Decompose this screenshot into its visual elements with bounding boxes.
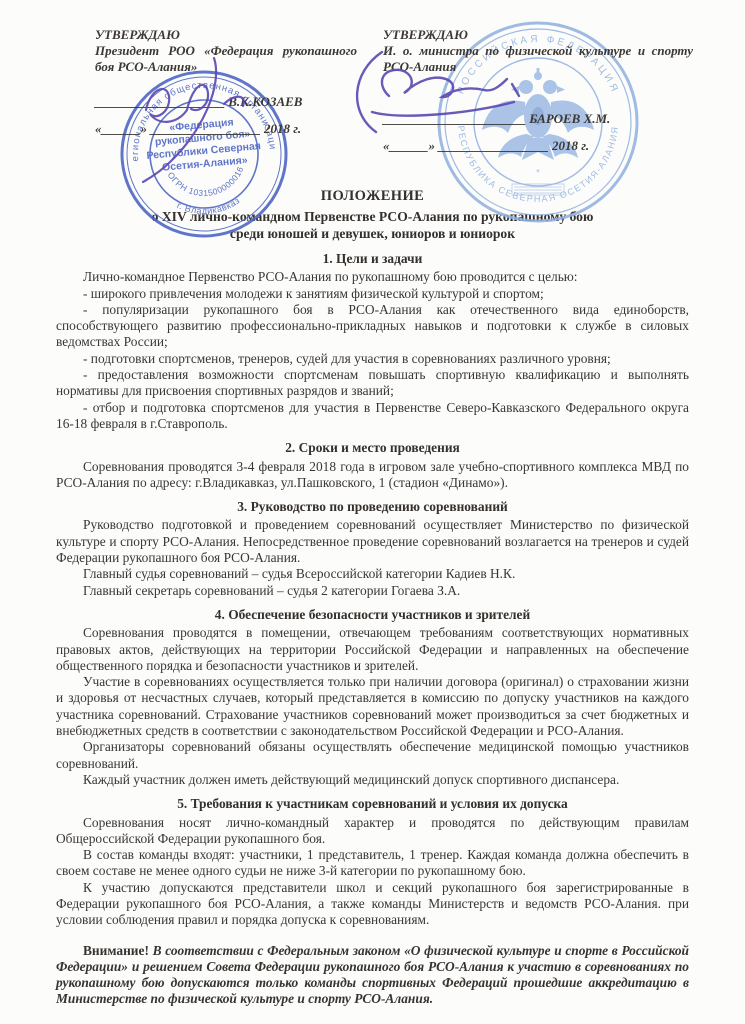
document-section: 1. Цели и задачиЛично-командное Первенст… — [56, 251, 689, 432]
date-line: «______» _________________ 2018 г. — [95, 121, 357, 137]
section-heading: 4. Обеспечение безопасности участников и… — [56, 607, 689, 623]
approver-role: Президент РОО «Федерация рукопашного боя… — [95, 43, 357, 75]
paragraph: Участие в соревнованиях осуществляется т… — [56, 674, 689, 739]
paragraph: - популяризации рукопашного боя в РСО-Ал… — [56, 302, 689, 351]
signatory-name: БАРОЕВ Х.М. — [529, 111, 610, 126]
signature-blank: ____________________ — [95, 94, 225, 109]
attention-label: Внимание! — [83, 943, 149, 958]
paragraph: Соревнования проводятся в помещении, отв… — [56, 625, 689, 674]
document-section: 4. Обеспечение безопасности участников и… — [56, 607, 689, 788]
section-heading: 5. Требования к участникам соревнований … — [56, 796, 689, 812]
paragraph: - подготовки спортсменов, тренеров, суде… — [56, 351, 689, 367]
scanned-document-page: УТВЕРЖДАЮ Президент РОО «Федерация рукоп… — [0, 0, 745, 1024]
attention-text: В соответствии с Федеральным законом «О … — [56, 943, 689, 1007]
date-line: «______» _________________ 2018 г. — [383, 138, 693, 154]
paragraph: Организаторы соревнований обязаны осущес… — [56, 739, 689, 772]
paragraph: В состав команды входят: участники, 1 пр… — [56, 847, 689, 880]
paragraph: Каждый участник должен иметь действующий… — [56, 772, 689, 788]
signatory-name: В.К.КОЗАЕВ — [228, 94, 302, 109]
page-title: ПОЛОЖЕНИЕ — [0, 188, 745, 205]
signature-line: ____________________ В.К.КОЗАЕВ — [95, 94, 357, 110]
document-section: 5. Требования к участникам соревнований … — [56, 796, 689, 928]
paragraph: Руководство подготовкой и проведением со… — [56, 517, 689, 566]
approval-block-right: УТВЕРЖДАЮ И. о. министра по физической к… — [383, 27, 693, 154]
approver-role: И. о. министра по физической культуре и … — [383, 43, 693, 75]
paragraph: Главный судья соревнований – судья Всеро… — [56, 566, 689, 582]
approval-block-left: УТВЕРЖДАЮ Президент РОО «Федерация рукоп… — [95, 27, 357, 137]
signature-blank: ______________________ — [383, 111, 526, 126]
title-subtitle-line: среди юношей и девушек, юниоров и юниоро… — [0, 225, 745, 242]
section-heading: 1. Цели и задачи — [56, 251, 689, 267]
document-body: 1. Цели и задачиЛично-командное Первенст… — [56, 251, 689, 1008]
document-section: 2. Сроки и место проведенияСоревнования … — [56, 440, 689, 491]
paragraph: Соревнования проводятся 3-4 февраля 2018… — [56, 459, 689, 492]
paragraph: Соревнования носят лично-командный харак… — [56, 815, 689, 848]
paragraph: Главный секретарь соревнований – судья 2… — [56, 583, 689, 599]
signature-line: ______________________ БАРОЕВ Х.М. — [383, 111, 693, 127]
title-subtitle-line: о XIV лично-командном Первенстве РСО-Ала… — [0, 208, 745, 225]
paragraph: Лично-командное Первенство РСО-Алания по… — [56, 269, 689, 285]
document-section: 3. Руководство по проведению соревновани… — [56, 499, 689, 599]
section-heading: 3. Руководство по проведению соревновани… — [56, 499, 689, 515]
sections-container: 1. Цели и задачиЛично-командное Первенст… — [56, 251, 689, 929]
attention-paragraph: Внимание! В соответствии с Федеральным з… — [56, 943, 689, 1008]
approve-label: УТВЕРЖДАЮ — [383, 27, 693, 43]
approve-label: УТВЕРЖДАЮ — [95, 27, 357, 43]
section-heading: 2. Сроки и место проведения — [56, 440, 689, 456]
paragraph: - широкого привлечения молодежи к заняти… — [56, 286, 689, 302]
paragraph: - предоставления возможности спортсменам… — [56, 367, 689, 400]
paragraph: - отбор и подготовка спортсменов для уча… — [56, 400, 689, 433]
paragraph: К участию допускаются представители школ… — [56, 880, 689, 929]
